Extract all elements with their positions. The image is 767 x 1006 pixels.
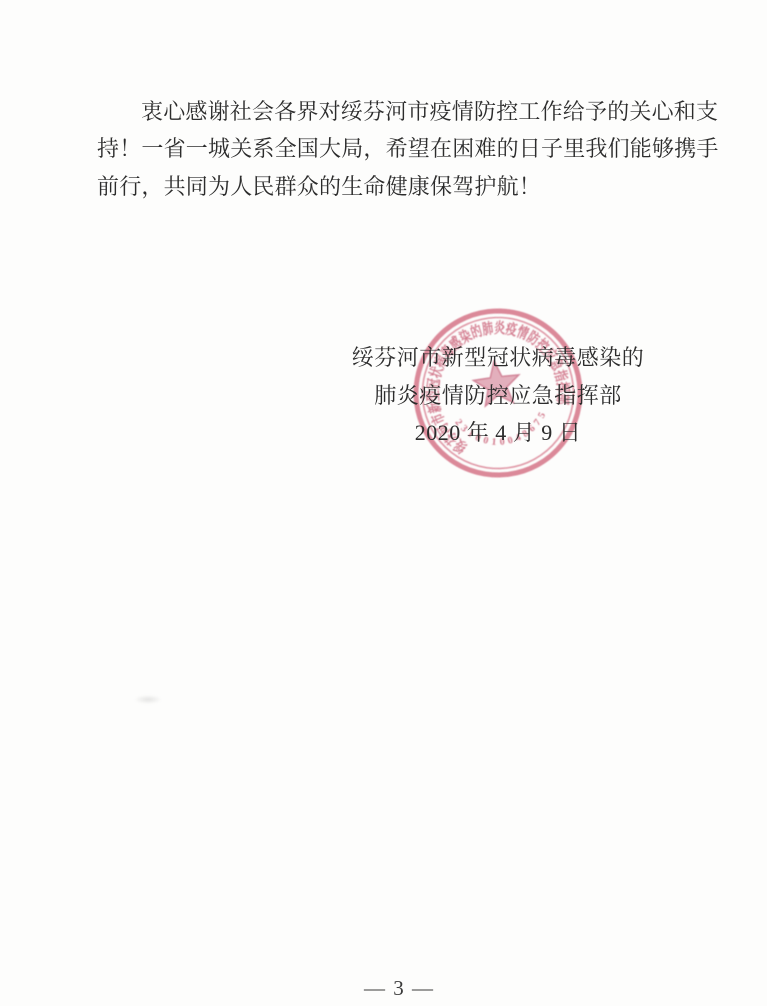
signature-org-line-2: 肺炎疫情防控应急指挥部 (318, 377, 678, 415)
signature-date: 2020 年 4 月 9 日 (318, 414, 678, 452)
signature-block: 绥芬河市新型冠状病毒感染的 肺炎疫情防控应急指挥部 2020 年 4 月 9 日 (318, 339, 678, 452)
scan-smudge-artifact (134, 695, 162, 704)
scanned-document-page: 衷心感谢社会各界对绥芬河市疫情防控工作给予的关心和支 持！一省一城关系全国大局，… (0, 0, 767, 1006)
paragraph-line-1: 衷心感谢社会各界对绥芬河市疫情防控工作给予的关心和支 (97, 93, 717, 130)
paragraph-line-2: 持！一省一城关系全国大局，希望在困难的日子里我们能够携手 (97, 130, 717, 167)
paragraph-line-3: 前行，共同为人民群众的生命健康保驾护航！ (97, 168, 717, 205)
page-number: — 3 — (30, 976, 767, 1001)
body-paragraph: 衷心感谢社会各界对绥芬河市疫情防控工作给予的关心和支 持！一省一城关系全国大局，… (97, 93, 717, 205)
signature-org-line-1: 绥芬河市新型冠状病毒感染的 (318, 339, 678, 377)
